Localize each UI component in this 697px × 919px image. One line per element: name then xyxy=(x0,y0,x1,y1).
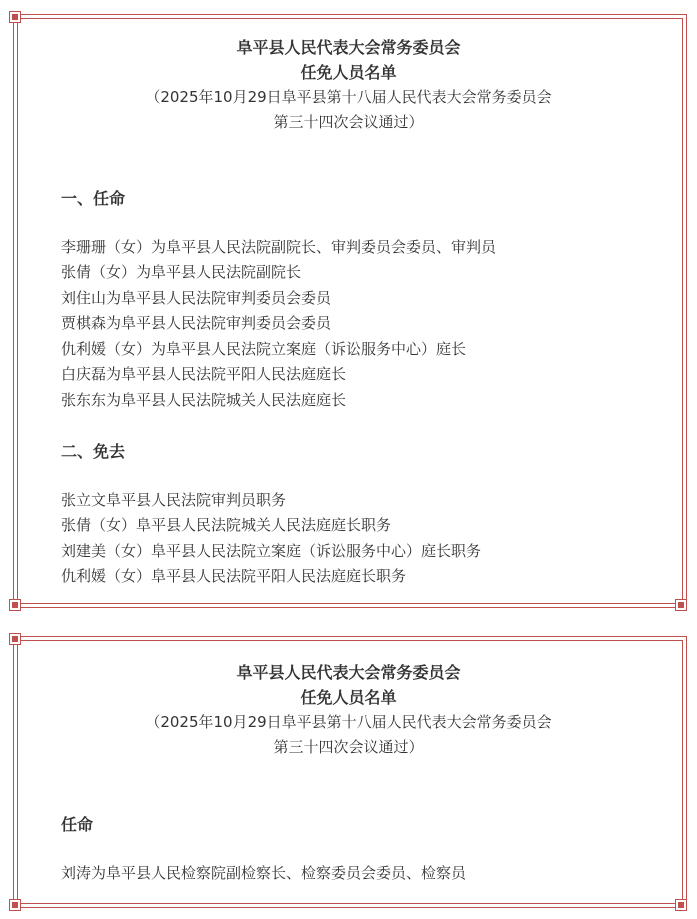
corner-ornament-bottom-left xyxy=(9,899,21,911)
frame-bottom-inner-line xyxy=(21,907,676,908)
corner-ornament-top-left xyxy=(9,633,21,645)
appointment-card-procuratorate: 阜平县人民代表大会常务委员会 任免人员名单 （2025年10月29日阜平县第十八… xyxy=(0,0,697,919)
corner-ornament-bottom-right xyxy=(675,899,687,911)
frame-top-outer-line xyxy=(21,636,687,637)
frame-top-inner-line xyxy=(21,640,683,641)
frame-bottom-outer-line xyxy=(21,903,676,904)
section-heading-appoint: 任命 xyxy=(61,812,93,835)
list-item: 刘涛为阜平县人民检察院副检察长、检察委员会委员、检察员 xyxy=(61,862,466,883)
document-header: 阜平县人民代表大会常务委员会 任免人员名单 （2025年10月29日阜平县第十八… xyxy=(0,660,697,760)
document-subtitle-title: 任免人员名单 xyxy=(0,685,697,710)
meeting-note-line1: （2025年10月29日阜平县第十八届人民代表大会常务委员会 xyxy=(0,710,697,735)
meeting-note-line2: 第三十四次会议通过） xyxy=(0,735,697,760)
document-title: 阜平县人民代表大会常务委员会 xyxy=(0,660,697,685)
